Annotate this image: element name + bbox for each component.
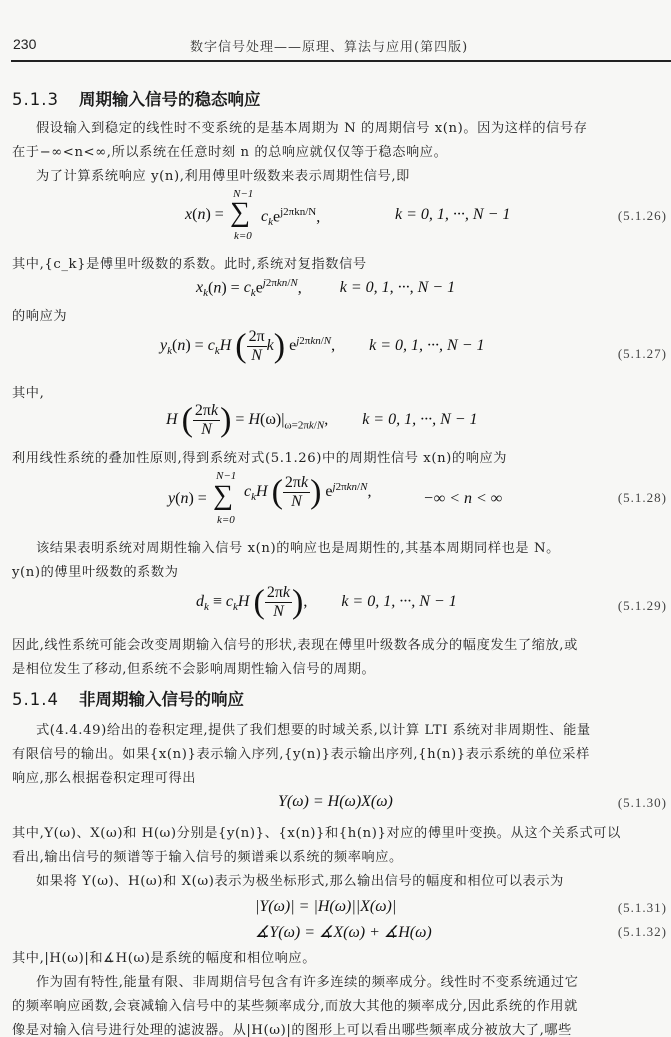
- paragraph-line: y(n)的傅里叶级数的系数为: [12, 561, 179, 580]
- paragraph-line: 假设输入到稳定的线性时不变系统的是基本周期为 N 的周期信号 x(n)。因为这样…: [36, 117, 587, 136]
- eq-condition: −∞ < n < ∞: [423, 490, 502, 508]
- paragraph-line: 因此,线性系统可能会改变周期输入信号的形状,表现在傅里叶级数各成分的幅度发生了缩…: [12, 634, 578, 653]
- equation-xk: xk(n) = ckej2πkn/N, k = 0, 1, ···, N − 1: [196, 277, 455, 300]
- equation-5-1-31: |Y(ω)| = |H(ω)||X(ω)|: [255, 898, 396, 916]
- summation-symbol: ∑: [213, 482, 233, 510]
- fraction: 2πN: [247, 328, 267, 365]
- section-number: 5.1.4: [12, 690, 59, 709]
- section-title: 非周期输入信号的响应: [79, 690, 244, 709]
- paragraph-line: 其中,Y(ω)、X(ω)和 H(ω)分别是{y(n)}、{x(n)}和{h(n)…: [12, 822, 621, 841]
- eq-condition: k = 0, 1, ···, N − 1: [369, 337, 484, 354]
- eq-condition: k = 0, 1, ···, N − 1: [341, 593, 456, 610]
- section-heading-5-1-3: 5.1.3周期输入信号的稳态响应: [12, 86, 260, 110]
- section-heading-5-1-4: 5.1.4非周期输入信号的响应: [12, 686, 244, 710]
- header-divider: [11, 60, 671, 62]
- equation-5-1-26: x(n) = N−1 ∑ k=0 ckej2πkn/N, k = 0, 1, ·…: [185, 188, 485, 248]
- sum-lower-limit: k=0: [234, 230, 252, 242]
- equation-5-1-27: yk(n) = ckH (2πNk) ej2πkn/N, k = 0, 1, ·…: [160, 328, 485, 365]
- paragraph-line: 其中,|H(ω)|和∡H(ω)是系统的幅度和相位响应。: [12, 947, 316, 966]
- paragraph-line: 如果将 Y(ω)、H(ω)和 X(ω)表示为极坐标形式,那么输出信号的幅度和相位…: [36, 870, 564, 889]
- equation-number: (5.1.32): [618, 924, 667, 940]
- equation-5-1-30: Y(ω) = H(ω)X(ω): [278, 793, 393, 811]
- equation-5-1-32: ∡Y(ω) = ∡X(ω) + ∡H(ω): [255, 922, 432, 942]
- page-number: 230: [13, 36, 36, 52]
- equation-5-1-29: dk ≡ ckH (2πkN), k = 0, 1, ···, N − 1: [196, 584, 457, 621]
- paragraph-line: 该结果表明系统对周期性输入信号 x(n)的响应也是周期性的,其基本周期同样也是 …: [36, 537, 560, 556]
- paragraph-line: 的响应为: [12, 305, 67, 324]
- section-number: 5.1.3: [12, 90, 59, 109]
- equation-number: (5.1.27): [618, 346, 667, 362]
- paragraph-line: 其中,{c_k}是傅里叶级数的系数。此时,系统对复指数信号: [12, 253, 367, 272]
- equation-H-sample: H (2πkN) = H(ω)|ω=2πk/N, k = 0, 1, ···, …: [166, 402, 478, 439]
- paragraph-line: 为了计算系统响应 y(n),利用傅里叶级数来表示周期性信号,即: [36, 165, 410, 184]
- paragraph-line: 像是对输入信号进行处理的滤波器。从|H(ω)|的图形上可以看出哪些频率成分被放大…: [12, 1019, 572, 1037]
- eq-lhs: x(n) =: [185, 206, 224, 224]
- paragraph-line: 式(4.4.49)给出的卷积定理,提供了我们想要的时域关系,以计算 LTI 系统…: [36, 719, 591, 738]
- equation-number: (5.1.31): [618, 900, 667, 916]
- eq-condition: k = 0, 1, ···, N − 1: [395, 206, 510, 224]
- fraction: 2πkN: [193, 402, 220, 439]
- eq-term: ckH (2πkN) ej2πkn/N,: [244, 474, 371, 511]
- equation-number: (5.1.30): [618, 795, 667, 811]
- paragraph-line: 作为固有特性,能量有限、非周期信号包含有许多连续的频率成分。线性时不变系统通过它: [36, 971, 579, 990]
- paragraph-line: 有限信号的输出。如果{x(n)}表示输入序列,{y(n)}表示输出序列,{h(n…: [12, 743, 590, 762]
- equation-number: (5.1.28): [618, 490, 667, 506]
- paragraph-line: 在于−∞<n<∞,所以系统在任意时刻 n 的总响应就仅仅等于稳态响应。: [12, 141, 447, 160]
- equation-number: (5.1.26): [618, 208, 667, 224]
- equation-5-1-28: y(n) = N−1 ∑ k=0 ckH (2πkN) ej2πkn/N, −∞…: [168, 470, 508, 532]
- running-header-title: 数字信号处理——原理、算法与应用(第四版): [190, 36, 468, 55]
- equation-number: (5.1.29): [618, 598, 667, 614]
- paragraph-line: 看出,输出信号的频谱等于输入信号的频谱乘以系统的频率响应。: [12, 846, 403, 865]
- sum-lower-limit: k=0: [217, 514, 235, 526]
- paragraph-line: 的频率响应函数,会衰减输入信号中的某些频率成分,而放大其他的频率成分,因此系统的…: [12, 995, 578, 1014]
- eq-term: ckej2πkn/N,: [261, 206, 320, 229]
- paragraph-line: 是相位发生了移动,但系统不会影响周期性输入信号的周期。: [12, 658, 375, 677]
- summation-symbol: ∑: [230, 199, 250, 227]
- section-title: 周期输入信号的稳态响应: [79, 90, 261, 109]
- eq-condition: k = 0, 1, ···, N − 1: [362, 411, 477, 428]
- eq-lhs: y(n) =: [168, 490, 207, 508]
- paragraph-line: 其中,: [12, 382, 44, 401]
- paragraph-line: 利用线性系统的叠加性原则,得到系统对式(5.1.26)中的周期性信号 x(n)的…: [12, 447, 507, 466]
- eq-condition: k = 0, 1, ···, N − 1: [340, 279, 455, 296]
- paragraph-line: 响应,那么根据卷积定理可得出: [12, 767, 196, 786]
